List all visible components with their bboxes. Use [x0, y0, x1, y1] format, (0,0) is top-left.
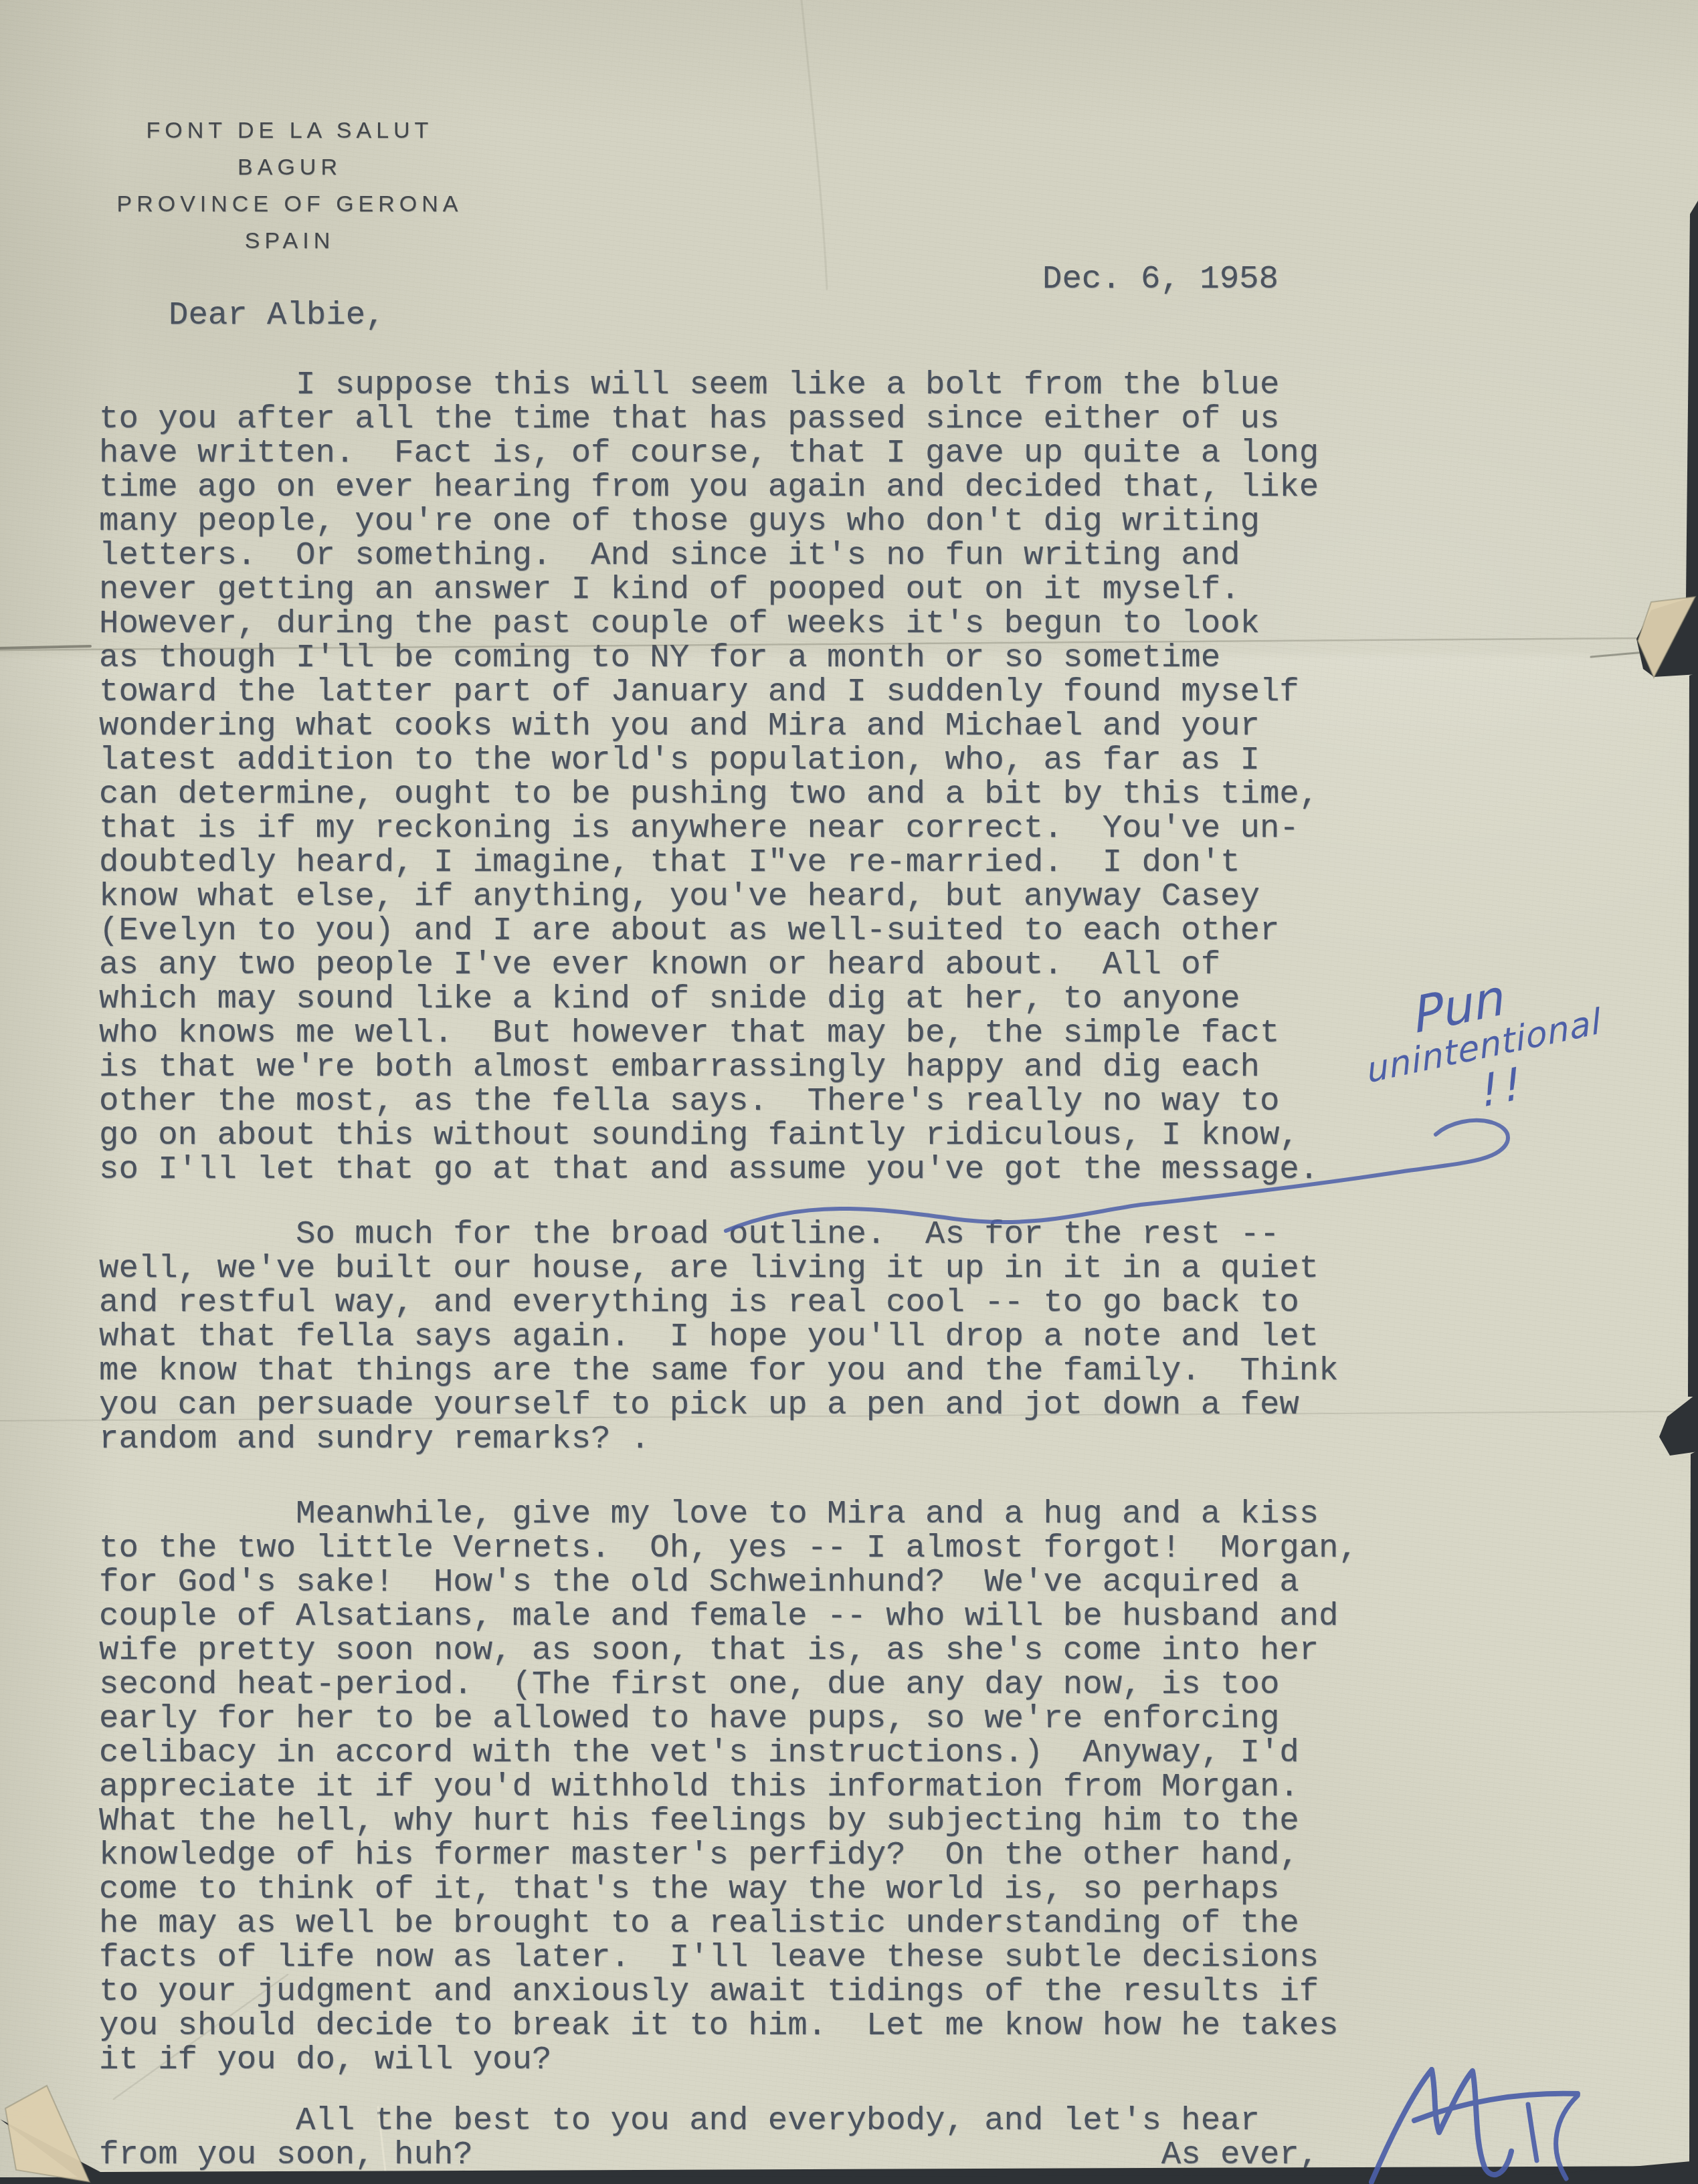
margin-note-line: Pun — [1412, 931, 1698, 1039]
letterhead-line: SPAIN — [100, 223, 479, 260]
letter-paper: FONT DE LA SALUT BAGUR PROVINCE OF GERON… — [0, 0, 1698, 2184]
letterhead-line: FONT DE LA SALUT — [100, 112, 479, 149]
margin-note-line: !! — [1479, 1019, 1698, 1115]
paragraph-1: I suppose this will seem like a bolt fro… — [99, 368, 1319, 1187]
letterhead-line: BAGUR — [100, 149, 479, 186]
handwritten-margin-note: Pun unintentional !! — [1361, 931, 1698, 1139]
letter-date: Dec. 6, 1958 — [1042, 262, 1279, 296]
margin-note-line: unintentional — [1365, 978, 1698, 1092]
closing-lines: All the best to you and everybody, and l… — [99, 2104, 1319, 2172]
letterhead-line: PROVINCE OF GERONA — [100, 186, 479, 223]
paragraph-2: So much for the broad outline. As for th… — [99, 1217, 1339, 1456]
scanned-letter: FONT DE LA SALUT BAGUR PROVINCE OF GERON… — [0, 0, 1698, 2184]
salutation: Dear Albie, — [169, 298, 385, 332]
letterhead: FONT DE LA SALUT BAGUR PROVINCE OF GERON… — [100, 112, 479, 260]
paragraph-3: Meanwhile, give my love to Mira and a hu… — [99, 1497, 1358, 2077]
